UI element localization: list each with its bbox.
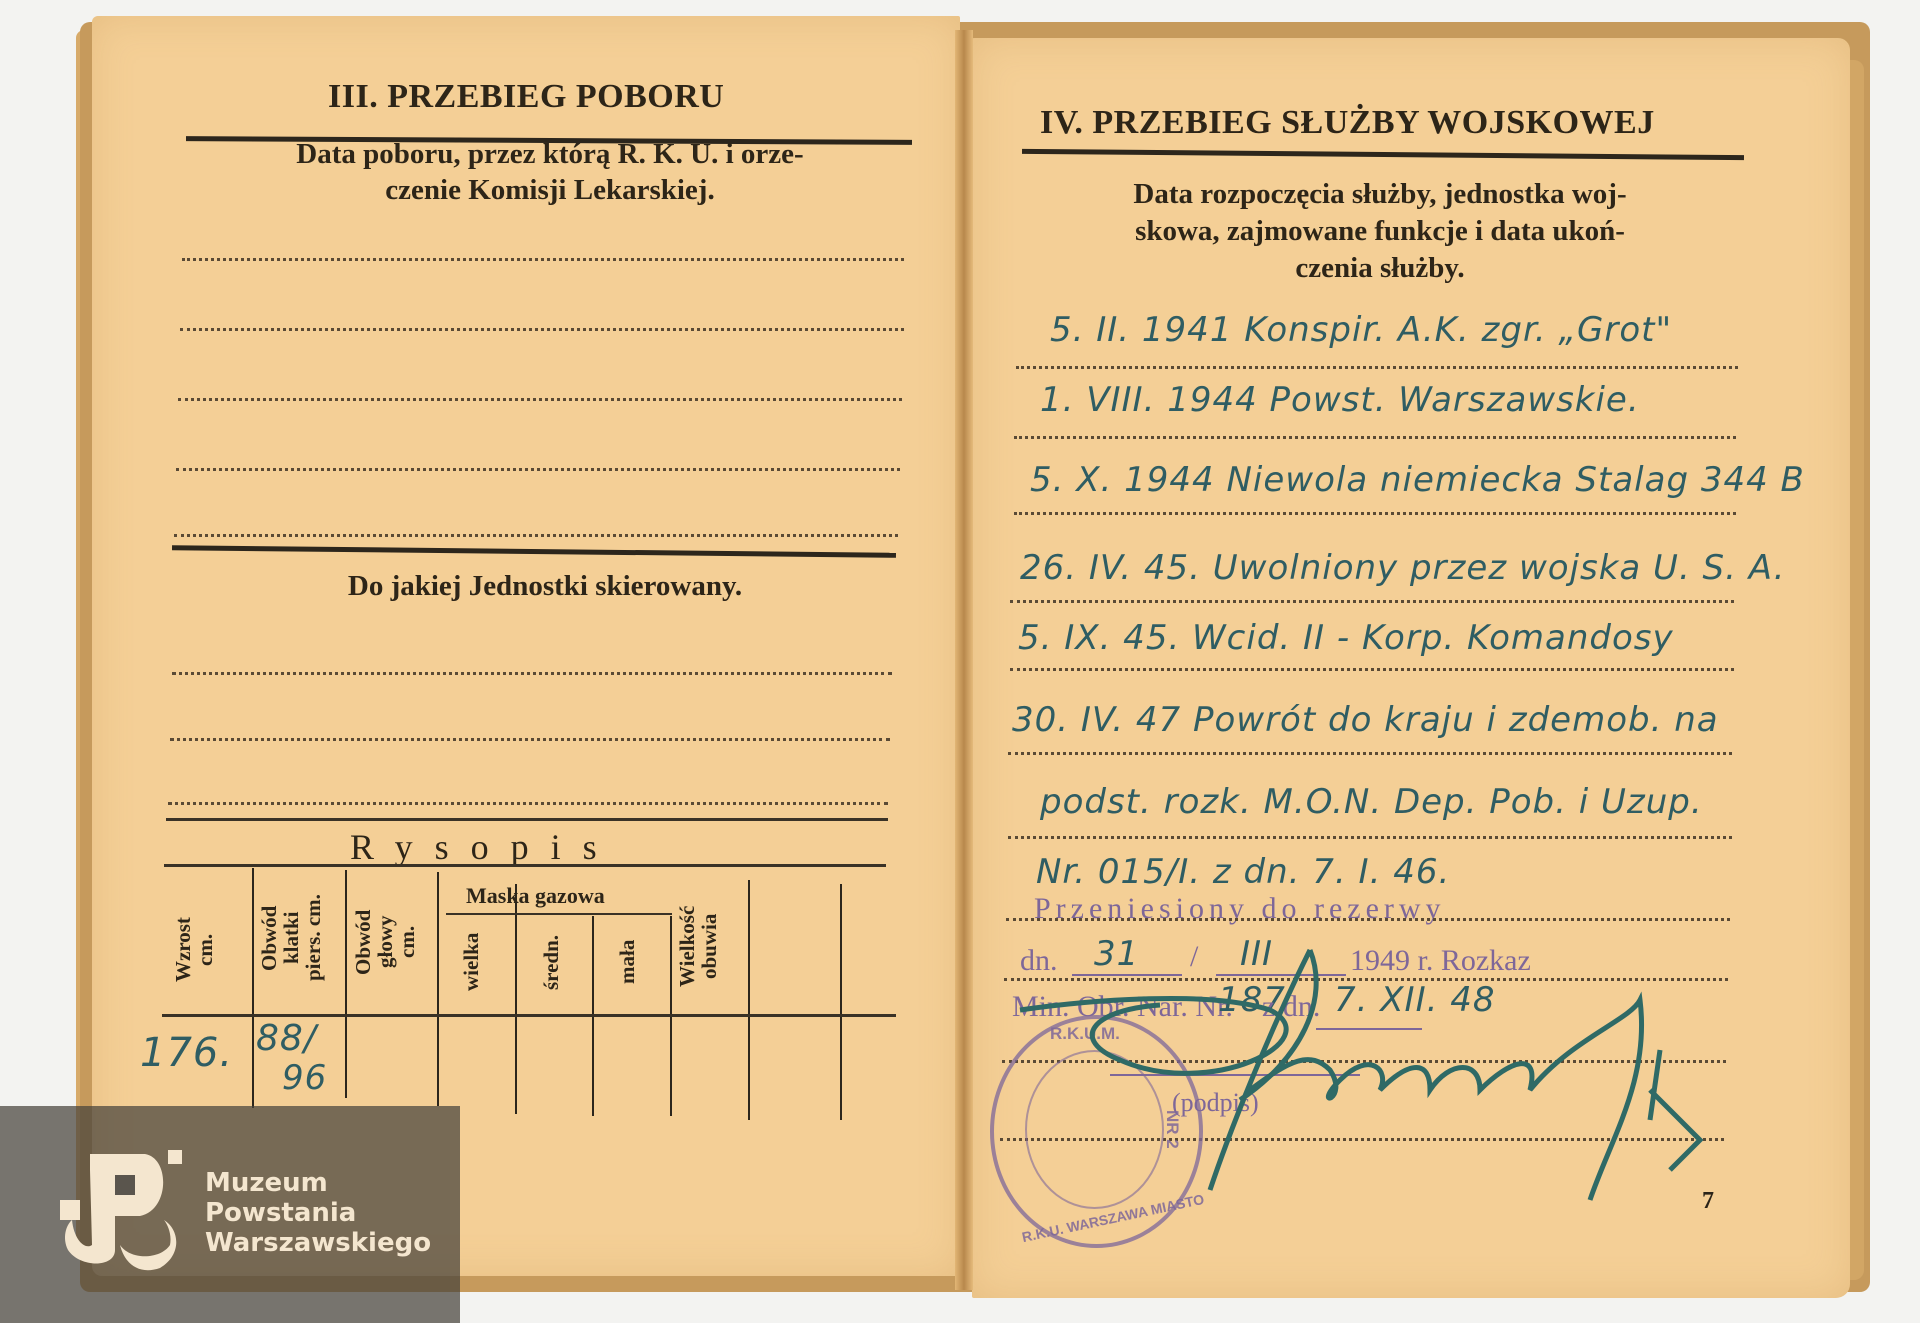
service-entry: Nr. 015/I. z dn. 7. I. 46. [1036,852,1450,892]
service-entry: 26. IV. 45. Uwolniony przez wojska U. S.… [1020,548,1785,588]
rysopis-header-rule [164,864,886,867]
handwritten-signature [1010,940,1830,1220]
museum-name-line2: Powstania [205,1198,431,1228]
conscription-heading-line2: czenie Komisji Lekarskiej. [180,172,920,208]
conscription-heading: Data poboru, przez którą R. K. U. i orze… [180,136,920,208]
dotted-line [180,328,904,331]
rysopis-title: Rysopis [350,826,619,868]
page-number: 7 [1702,1188,1714,1215]
section-iii-title: III. PRZEBIEG POBORU [328,78,724,116]
dotted-line [170,738,890,741]
dotted-line [172,672,892,675]
dotted-line [176,468,900,471]
table-header-bottom-rule [162,1014,896,1017]
dotted-line [178,398,902,401]
height-value: 176. [140,1030,233,1076]
column-header-chest: Obwód klatki piers. cm. [258,876,342,1000]
museum-name-line3: Warszawskiego [205,1228,431,1258]
kotwica-logo-icon [60,1150,190,1275]
unit-heading: Do jakiej Jednostki skierowany. [180,568,910,604]
table-column-divider [345,870,347,1098]
service-entry: 5. X. 1944 Niewola niemiecka Stalag 344 … [1030,460,1805,500]
conscription-heading-line1: Data poboru, przez którą R. K. U. i orze… [180,136,920,172]
service-entry: 30. IV. 47 Powrót do kraju i zdemob. na [1012,700,1719,740]
chest-value-bottom: 96 [282,1058,327,1098]
service-heading: Data rozpoczęcia służby, jednostka woj- … [1010,176,1750,287]
museum-name-line1: Muzeum [205,1168,431,1198]
column-header-height: Wzrost cm. [172,900,232,1000]
table-column-divider [252,868,254,1108]
dotted-line [1008,836,1732,839]
dotted-line [174,534,898,537]
table-column-divider [515,884,517,1114]
column-header-mask-medium: średn. [540,922,580,1002]
dotted-line [1008,752,1732,755]
dotted-line [1010,668,1734,671]
column-header-shoe-size: Wielkość obuwia [676,888,736,1004]
museum-name: Muzeum Powstania Warszawskiego [205,1168,431,1258]
gas-mask-group-label: Maska gazowa [466,883,605,909]
service-heading-line2: skowa, zajmowane funkcje i data ukoń- [1010,213,1750,250]
section-iv-title: IV. PRZEBIEG SŁUŻBY WOJSKOWEJ [1040,104,1655,142]
dotted-line [1010,600,1734,603]
dotted-line [1016,366,1738,369]
column-header-head: Obwód głowy cm. [352,886,432,998]
booklet-right-edge [1850,60,1864,1280]
dotted-line [1014,436,1736,439]
column-header-mask-large: wielka [460,922,500,1002]
service-entry: podst. rozk. M.O.N. Dep. Pob. i Uzup. [1040,782,1703,822]
table-column-divider [840,884,842,1120]
rysopis-top-rule [166,818,888,821]
service-entry: 1. VIII. 1944 Powst. Warszawskie. [1040,380,1640,420]
dotted-line [1006,918,1730,921]
dotted-line [1014,512,1736,515]
service-heading-line3: czenia służby. [1010,250,1750,287]
dotted-line [168,802,888,805]
mask-group-rule [446,913,672,915]
column-header-mask-small: mała [616,922,656,1002]
table-column-divider [437,872,439,1106]
service-heading-line1: Data rozpoczęcia służby, jednostka woj- [1010,176,1750,213]
service-entry: 5. IX. 45. Wcid. II - Korp. Komandosy [1018,618,1674,658]
dotted-line [182,258,904,261]
service-entry: 5. II. 1941 Konspir. A.K. zgr. „Grot" [1050,310,1672,350]
table-column-divider [748,880,750,1120]
chest-value-top: 88/ [256,1018,317,1059]
booklet-spine [955,30,973,1290]
